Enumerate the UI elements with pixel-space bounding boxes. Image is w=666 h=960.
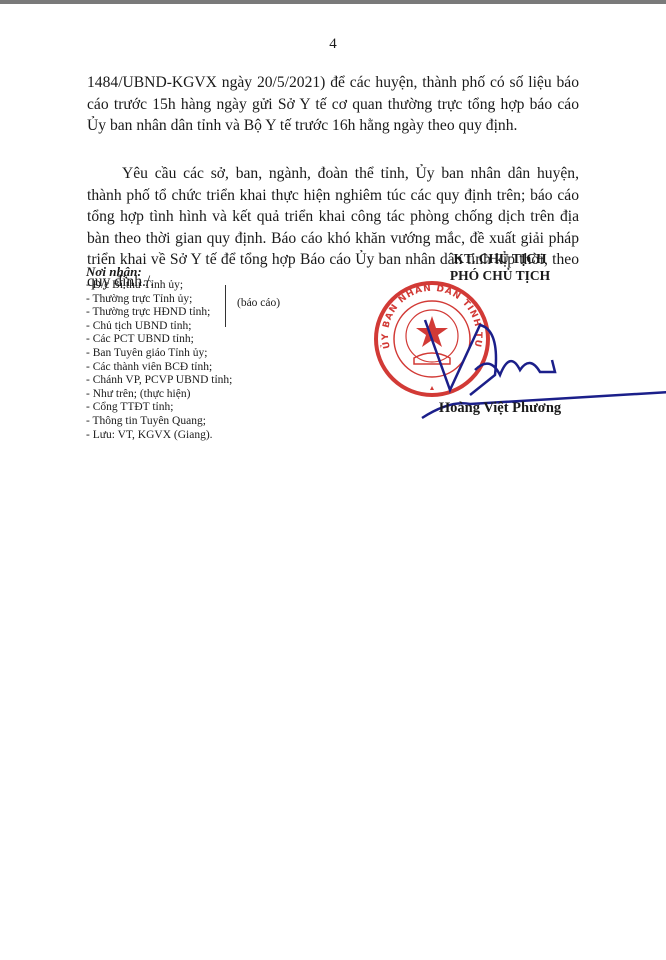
recipient-item: - Cổng TTĐT tỉnh; — [86, 401, 232, 415]
recipients-list: Nơi nhận: - Đ/c Bí thư Tỉnh ủy; - Thường… — [86, 264, 232, 442]
bracket-line — [225, 285, 226, 327]
recipient-item: - Đ/c Bí thư Tỉnh ủy; — [86, 279, 232, 293]
recipient-item: - Thường trực Tỉnh ủy; — [86, 293, 232, 307]
recipient-item: - Các PCT UBND tỉnh; — [86, 333, 232, 347]
recipient-item: - Các thành viên BCĐ tỉnh; — [86, 361, 232, 375]
body-paragraph-1: 1484/UBND-KGVX ngày 20/5/2021) để các hu… — [87, 72, 579, 137]
page-number: 4 — [0, 36, 666, 53]
recipient-item: - Ban Tuyên giáo Tỉnh ủy; — [86, 347, 232, 361]
recipient-item: - Thông tin Tuyên Quang; — [86, 415, 232, 429]
recipient-item: - Như trên; (thực hiện) — [86, 388, 232, 402]
signature-title-line1: KT. CHỦ TỊCH — [420, 250, 580, 267]
recipients-title: Nơi nhận: — [86, 264, 232, 279]
recipient-item: - Chủ tịch UBND tỉnh; — [86, 320, 232, 334]
top-border — [0, 0, 666, 4]
recipient-item: - Lưu: VT, KGVX (Giang). — [86, 429, 232, 443]
recipient-item: - Chánh VP, PCVP UBND tỉnh; — [86, 374, 232, 388]
signer-name: Hoàng Việt Phương — [400, 400, 600, 417]
bracket-label: (báo cáo) — [237, 297, 280, 309]
recipient-item: - Thường trực HĐND tỉnh; — [86, 306, 232, 320]
